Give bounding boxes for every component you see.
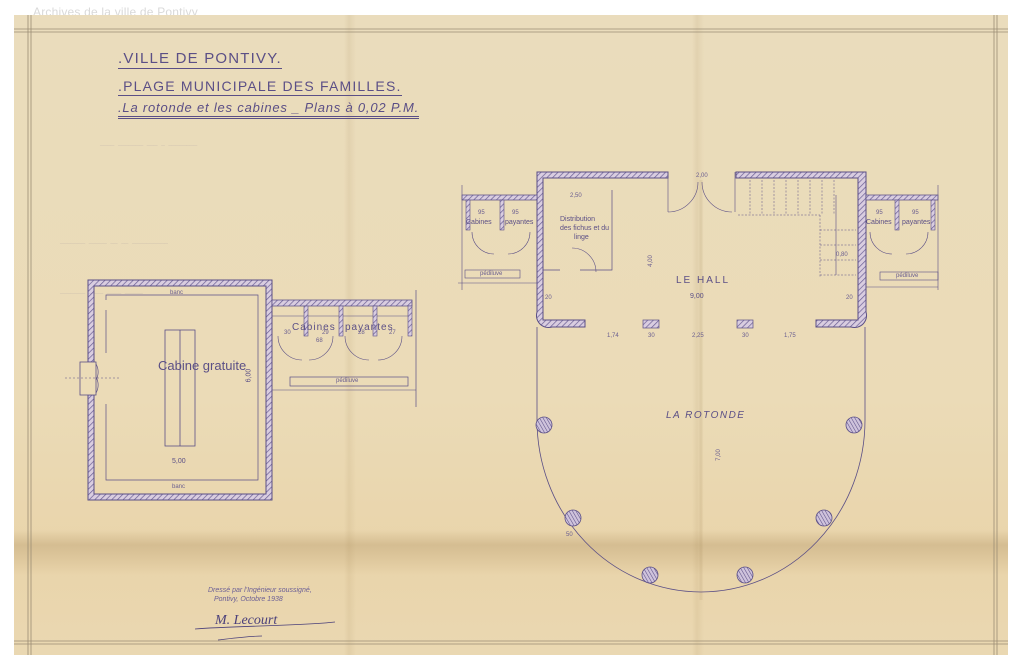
front-dim: 30 bbox=[742, 333, 749, 339]
rotonde-radius: 7,00 bbox=[716, 449, 722, 461]
pediluve-label: pédiluve bbox=[336, 378, 358, 384]
bleed-through-text: ——————— ———— ———— ————— bbox=[60, 290, 143, 297]
pediluve-left: pédiluve bbox=[480, 271, 502, 277]
bleed-through-text: ——————— ————— —— —— —————————— bbox=[60, 240, 168, 247]
width-dimension: 5,00 bbox=[172, 458, 186, 465]
cabine-gratuite-label-1: Cabine gratuite bbox=[158, 358, 246, 373]
cabin-dim: 68 bbox=[316, 338, 323, 344]
distribution-dim: 2,50 bbox=[570, 193, 582, 199]
front-dim: 1,74 bbox=[607, 333, 619, 339]
cabin-dim: 95 bbox=[478, 210, 485, 216]
right-cabins-b: payantes bbox=[902, 219, 930, 226]
column-dim: 50 bbox=[566, 532, 573, 538]
cabin-dim: 28 bbox=[358, 330, 365, 336]
cabin-dim: 30 bbox=[284, 330, 291, 336]
pediluve-right: pédiluve bbox=[896, 273, 918, 279]
front-dim: 30 bbox=[648, 333, 655, 339]
title-subject: .La rotonde et les cabines _ Plans à 0,0… bbox=[118, 100, 419, 119]
hall-label: LE HALL bbox=[676, 275, 730, 286]
signature-note: Dressé par l'Ingénieur soussigné, Pontiv… bbox=[208, 586, 312, 604]
title-project: .PLAGE MUNICIPALE DES FAMILLES. bbox=[118, 78, 402, 96]
left-cabins-label-a: Cabines bbox=[292, 322, 336, 333]
left-cabins-b: payantes bbox=[505, 219, 533, 226]
front-dim: 2,25 bbox=[692, 333, 704, 339]
cabin-dim: 27 bbox=[389, 330, 396, 336]
right-cabins-a: Cabines bbox=[866, 219, 892, 226]
wall-dim-right: 20 bbox=[846, 295, 853, 301]
cabine-gratuite-plan bbox=[65, 280, 416, 500]
main-room-label: Cabine gratuite bbox=[158, 358, 246, 373]
cabin-dim: 95 bbox=[876, 210, 883, 216]
stairs-dim: 0,80 bbox=[836, 252, 848, 258]
distribution-line-3: linge bbox=[560, 233, 609, 242]
wall-dim-left: 20 bbox=[545, 295, 552, 301]
left-cabins-label-b: payantes bbox=[345, 322, 394, 333]
distribution-line-1: Distribution bbox=[560, 215, 609, 224]
signature-note-line-2: Pontivy, Octobre 1938 bbox=[208, 595, 312, 604]
signature-note-line-1: Dressé par l'Ingénieur soussigné, bbox=[208, 586, 312, 595]
cabin-dim: 95 bbox=[912, 210, 919, 216]
distribution-line-2: des fichus et du bbox=[560, 224, 609, 233]
cabin-dim: 95 bbox=[512, 210, 519, 216]
engineer-signature: M. Lecourt bbox=[215, 613, 277, 629]
rotonde-label: LA ROTONDE bbox=[666, 410, 745, 421]
front-dim: 1,75 bbox=[784, 333, 796, 339]
bench-label: banc bbox=[172, 484, 185, 490]
bench-label: banc bbox=[170, 290, 183, 296]
door-width: 2,00 bbox=[696, 173, 708, 179]
depth-dimension: 6,00 bbox=[245, 369, 252, 383]
distribution-label: Distribution des fichus et du linge bbox=[560, 215, 609, 242]
hall-rotonde-plan bbox=[458, 172, 938, 600]
left-cabins-a: Cabines bbox=[466, 219, 492, 226]
cabin-dim: 29 bbox=[322, 330, 329, 336]
hall-depth: 4,00 bbox=[648, 255, 654, 267]
title-city: .VILLE DE PONTIVY. bbox=[118, 50, 282, 69]
hall-width: 9,00 bbox=[690, 293, 704, 300]
bleed-through-text: ———— ——————— ——— — ———————— bbox=[100, 142, 197, 149]
